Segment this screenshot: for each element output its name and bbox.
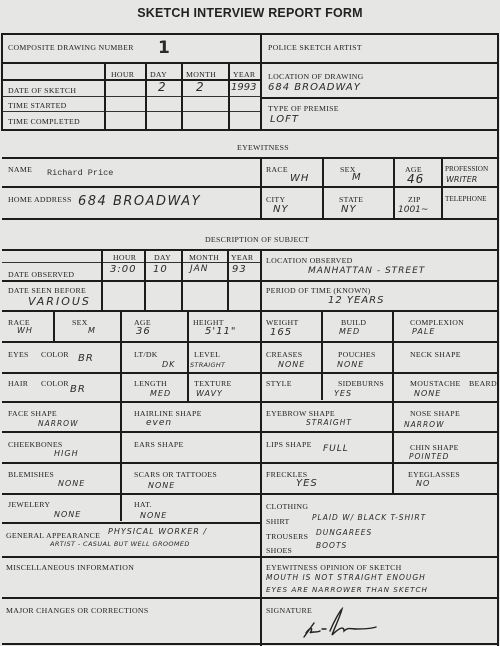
ltdk-field[interactable]: DK [162, 360, 175, 369]
cheekbones-field[interactable]: HIGH [54, 449, 79, 458]
lips-shape-label: LIPS SHAPE [266, 440, 312, 449]
hat-field[interactable]: NONE [140, 511, 167, 520]
trousers-field[interactable]: DUNGAREES [316, 528, 372, 537]
nose-shape-label: NOSE SHAPE [410, 409, 460, 418]
subject-age-field[interactable]: 36 [136, 326, 151, 337]
cheekbones-label: CHEEKBONES [8, 440, 63, 449]
length-field[interactable]: MED [150, 389, 171, 398]
eyebrow-shape-label: EYEBROW SHAPE [266, 409, 335, 418]
face-shape-field[interactable]: NARROW [38, 419, 78, 428]
location-of-drawing-field[interactable]: 684 BROADWAY [268, 82, 361, 93]
shirt-label: SHIRT [266, 517, 290, 526]
eyewitness-name-label: NAME [8, 165, 32, 174]
sideburns-field[interactable]: YES [334, 389, 352, 398]
observed-col-year-label: YEAR [231, 253, 253, 262]
hairline-shape-field[interactable]: even [146, 418, 172, 428]
beard-label: BEARD [469, 379, 497, 388]
eyewitness-section-title: EYEWITNESS [237, 143, 289, 152]
date-seen-before-field[interactable]: VARIOUS [28, 295, 91, 308]
observed-col-day-label: DAY [154, 253, 171, 262]
jewelery-field[interactable]: NONE [54, 510, 81, 519]
pouches-label: POUCHES [338, 350, 376, 359]
date-of-sketch-month-field[interactable]: 2 [196, 80, 205, 94]
date-observed-day-field[interactable]: 10 [153, 264, 168, 275]
hair-color-label: COLOR [41, 379, 69, 388]
location-observed-field[interactable]: MANHATTAN - STREET [308, 266, 425, 276]
eyes-label: EYES [8, 350, 29, 359]
subject-weight-field[interactable]: 165 [270, 327, 292, 338]
hairline-shape-label: HAIRLINE SHAPE [134, 409, 202, 418]
major-changes-label: MAJOR CHANGES OR CORRECTIONS [6, 606, 148, 615]
eyewitness-opinion-line2[interactable]: EYES ARE NARROWER THAN SKETCH [266, 585, 428, 594]
blemishes-field[interactable]: NONE [58, 479, 85, 488]
general-appearance-line1[interactable]: PHYSICAL WORKER / [108, 527, 207, 536]
col-year-label: YEAR [233, 70, 255, 79]
creases-field[interactable]: NONE [278, 360, 305, 369]
sideburns-label: SIDEBURNS [338, 379, 384, 388]
col-month-label: MONTH [186, 70, 216, 79]
form-title: SKETCH INTERVIEW REPORT FORM [0, 6, 500, 20]
hat-label: HAT. [134, 500, 152, 509]
subject-section-title: DESCRIPTION OF SUBJECT [205, 235, 309, 244]
composite-drawing-number-field[interactable]: 1 [158, 38, 171, 58]
face-shape-label: FACE SHAPE [8, 409, 57, 418]
date-observed-label: DATE OBSERVED [8, 270, 74, 279]
creases-label: CREASES [266, 350, 302, 359]
blemishes-label: BLEMISHES [8, 470, 54, 479]
observed-col-month-label: MONTH [189, 253, 219, 262]
eyewitness-profession-label: PROFESSION [445, 165, 488, 173]
level-label: LEVEL [194, 350, 220, 359]
trousers-label: TROUSERS [266, 532, 308, 541]
hair-color-field[interactable]: BR [70, 384, 86, 395]
period-of-time-label: PERIOD OF TIME (KNOWN) [266, 286, 371, 295]
subject-complexion-field[interactable]: PALE [412, 327, 435, 336]
time-started-label: TIME STARTED [8, 101, 67, 110]
level-field[interactable]: STRAIGHT [190, 361, 225, 369]
misc-info-label: MISCELLANEOUS INFORMATION [6, 563, 134, 572]
city-label: CITY [266, 195, 285, 204]
neck-shape-label: NECK SHAPE [410, 350, 461, 359]
signature-field[interactable] [300, 605, 390, 646]
eyewitness-sex-field[interactable]: M [352, 172, 362, 183]
date-of-sketch-label: DATE OF SKETCH [8, 86, 76, 95]
general-appearance-label: GENERAL APPEARANCE [6, 531, 100, 540]
subject-weight-label: WEIGHT [266, 318, 299, 327]
texture-label: TEXTURE [194, 379, 232, 388]
eyewitness-race-label: RACE [266, 165, 288, 174]
location-observed-label: LOCATION OBSERVED [266, 256, 353, 265]
shirt-field[interactable]: PLAID W/ BLACK T-SHIRT [312, 513, 426, 522]
nose-shape-field[interactable]: NARROW [404, 420, 444, 429]
zip-label: ZIP [408, 195, 421, 204]
sketch-interview-report-form: SKETCH INTERVIEW REPORT FORM COMPOSITE D… [0, 0, 500, 646]
date-observed-year-field[interactable]: 93 [232, 264, 247, 275]
home-address-field[interactable]: 684 BROADWAY [78, 194, 201, 209]
type-of-premise-label: TYPE OF PREMISE [268, 104, 339, 113]
date-observed-month-field[interactable]: JAN [190, 264, 209, 274]
eyewitness-opinion-label: EYEWITNESS OPINION OF SKETCH [266, 563, 402, 572]
moustache-label: MOUSTACHE [410, 379, 461, 388]
eyewitness-profession-field[interactable]: WRITER [446, 175, 477, 184]
eyeglasses-field[interactable]: NO [416, 479, 430, 488]
col-day-label: DAY [150, 70, 167, 79]
date-seen-before-label: DATE SEEN BEFORE [8, 286, 86, 295]
zip-field[interactable]: 1001~ [398, 205, 428, 215]
chin-shape-field[interactable]: POINTED [409, 452, 449, 461]
ltdk-label: LT/DK [134, 350, 158, 359]
subject-sex-field[interactable]: M [88, 326, 96, 335]
date-observed-hour-field[interactable]: 3:00 [110, 264, 136, 275]
date-of-sketch-year-field[interactable]: 1993 [231, 82, 256, 93]
observed-col-hour-label: HOUR [113, 253, 136, 262]
subject-sex-label: SEX [72, 318, 88, 327]
general-appearance-line2[interactable]: ARTIST - CASUAL BUT WELL GROOMED [50, 540, 190, 548]
home-address-label: HOME ADDRESS [8, 195, 72, 204]
signature-scribble-icon [300, 605, 390, 641]
eyewitness-age-field[interactable]: 46 [407, 172, 424, 186]
subject-build-label: BUILD [341, 318, 366, 327]
clothing-label: CLOTHING [266, 502, 308, 511]
shoes-field[interactable]: BOOTS [316, 541, 347, 550]
eyewitness-race-field[interactable]: WH [290, 173, 309, 184]
location-of-drawing-label: LOCATION OF DRAWING [268, 72, 364, 81]
lips-shape-field[interactable]: FULL [323, 444, 349, 454]
state-field[interactable]: NY [341, 204, 357, 215]
freckles-field[interactable]: YES [296, 478, 318, 489]
col-hour-label: HOUR [111, 70, 134, 79]
eyes-color-label: COLOR [41, 350, 69, 359]
composite-drawing-number-label: COMPOSITE DRAWING NUMBER [8, 43, 134, 52]
ears-shape-label: EARS SHAPE [134, 440, 184, 449]
moustache-beard-field[interactable]: NONE [414, 389, 441, 398]
hair-label: HAIR [8, 379, 28, 388]
date-of-sketch-day-field[interactable]: 2 [158, 80, 167, 94]
shoes-label: SHOES [266, 546, 292, 555]
subject-height-field[interactable]: 5'11" [205, 326, 236, 337]
telephone-label: TELEPHONE [445, 195, 487, 203]
eyewitness-opinion-line1[interactable]: MOUTH IS NOT STRAIGHT ENOUGH [266, 573, 426, 582]
type-of-premise-field[interactable]: LOFT [270, 114, 299, 125]
eyewitness-name-field[interactable]: Richard Price [47, 168, 113, 178]
chin-shape-label: CHIN SHAPE [410, 443, 459, 452]
state-label: STATE [339, 195, 363, 204]
city-field[interactable]: NY [273, 204, 289, 215]
jewelery-label: JEWELERY [8, 500, 50, 509]
police-sketch-artist-label: POLICE SKETCH ARTIST [268, 43, 362, 52]
time-completed-label: TIME COMPLETED [8, 117, 80, 126]
eyeglasses-label: EYEGLASSES [408, 470, 460, 479]
eyes-color-field[interactable]: BR [78, 353, 94, 364]
style-label: STYLE [266, 379, 292, 388]
eyebrow-shape-field[interactable]: STRAIGHT [306, 418, 352, 427]
pouches-field[interactable]: NONE [337, 360, 364, 369]
subject-build-field[interactable]: MED [339, 327, 360, 336]
texture-field[interactable]: WAVY [196, 389, 223, 398]
period-of-time-field[interactable]: 12 YEARS [328, 295, 384, 306]
scars-tattoos-field[interactable]: NONE [148, 481, 175, 490]
subject-complexion-label: COMPLEXION [410, 318, 464, 327]
scars-tattoos-label: SCARS OR TATTOOES [134, 470, 217, 479]
length-label: LENGTH [134, 379, 167, 388]
subject-race-field[interactable]: WH [17, 326, 33, 335]
